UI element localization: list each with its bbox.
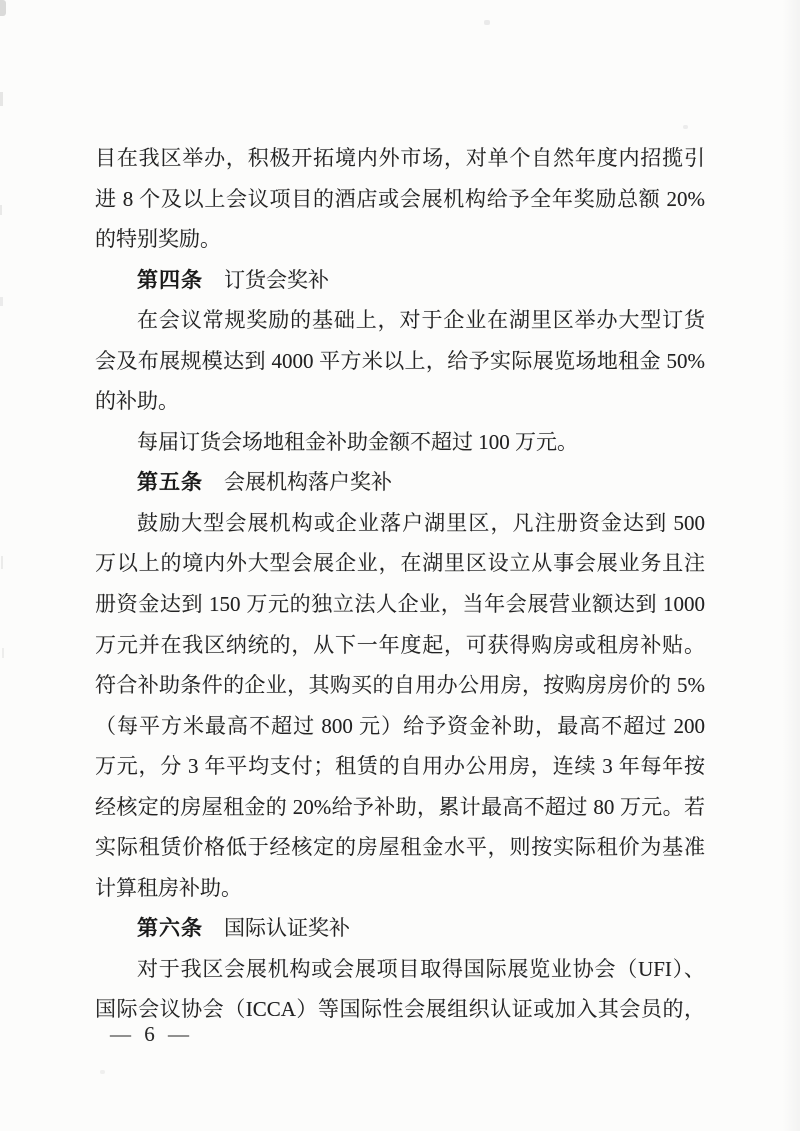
heading-number: 第六条 [137, 917, 203, 940]
scan-artifact [1, 556, 3, 569]
heading-number: 第四条 [137, 269, 203, 292]
heading-number: 第五条 [137, 471, 203, 494]
text-line: 万以上的境内外大型会展企业，在湖里区设立从事会展业务且注 [95, 543, 705, 584]
heading-title: 国际认证奖补 [224, 916, 350, 940]
section-heading: 第五条会展机构落户奖补 [95, 462, 705, 503]
section-heading: 第四条订货会奖补 [95, 260, 705, 301]
scan-artifact [0, 205, 2, 215]
text-line: 万元，分 3 年平均支付；租赁的自用办公用房，连续 3 年每年按 [95, 746, 705, 787]
text-line: 会及布展规模达到 4000 平方米以上，给予实际展览场地租金 50% [95, 341, 705, 382]
scan-artifact [484, 20, 490, 25]
text-line: 计算租房补助。 [95, 868, 705, 909]
text-line: 进 8 个及以上会议项目的酒店或会展机构给予全年奖励总额 20% [95, 179, 705, 220]
scan-artifact [2, 648, 4, 658]
text-line: 目在我区举办，积极开拓境内外市场，对单个自然年度内招揽引 [95, 138, 705, 179]
scan-artifact [0, 297, 3, 306]
text-line: 的补助。 [95, 381, 705, 422]
text-line: （每平方米最高不超过 800 元）给予资金补助，最高不超过 200 [95, 706, 705, 747]
heading-title: 订货会奖补 [224, 268, 329, 292]
text-line: 符合补助条件的企业，其购买的自用办公用房，按购房房价的 5% [95, 665, 705, 706]
text-line: 鼓励大型会展机构或企业落户湖里区，凡注册资金达到 500 [95, 503, 705, 544]
page-number: — 6 — [110, 1021, 193, 1047]
text-line: 的特别奖励。 [95, 219, 705, 260]
heading-title: 会展机构落户奖补 [224, 470, 392, 494]
text-line: 在会议常规奖励的基础上，对于企业在湖里区举办大型订货 [95, 300, 705, 341]
document-body: 目在我区举办，积极开拓境内外市场，对单个自然年度内招揽引进 8 个及以上会议项目… [95, 138, 705, 1030]
section-heading: 第六条国际认证奖补 [95, 908, 705, 949]
text-line: 经核定的房屋租金的 20%给予补助，累计最高不超过 80 万元。若 [95, 787, 705, 828]
text-line: 册资金达到 150 万元的独立法人企业，当年会展营业额达到 1000 [95, 584, 705, 625]
text-line: 万元并在我区纳统的，从下一年度起，可获得购房或租房补贴。 [95, 625, 705, 666]
document-page: 目在我区举办，积极开拓境内外市场，对单个自然年度内招揽引进 8 个及以上会议项目… [0, 0, 800, 1131]
scan-artifact [100, 1070, 105, 1074]
scan-artifact [0, 92, 3, 106]
scan-artifact [0, 0, 6, 16]
text-line: 实际租赁价格低于经核定的房屋租金水平，则按实际租价为基准 [95, 827, 705, 868]
text-line: 每届订货会场地租金补助金额不超过 100 万元。 [95, 422, 705, 463]
text-line: 对于我区会展机构或会展项目取得国际展览业协会（UFI）、 [95, 949, 705, 990]
scan-artifact [683, 125, 688, 129]
